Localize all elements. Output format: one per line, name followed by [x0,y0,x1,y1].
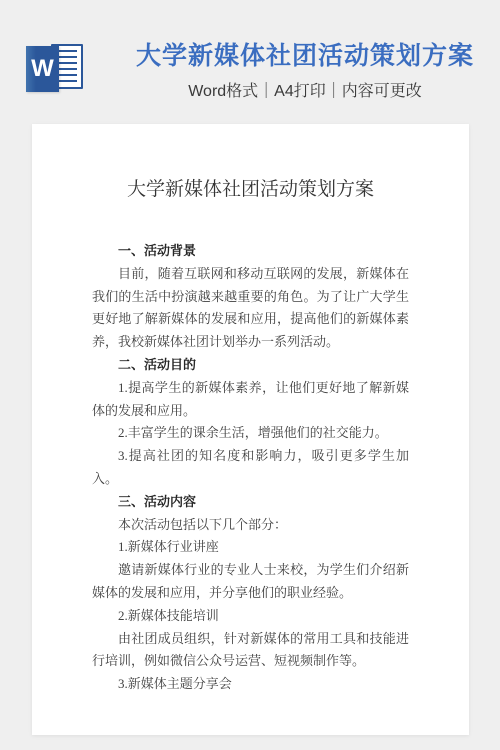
doc-paragraph: 1.提高学生的新媒体素养，让他们更好地了解新媒体的发展和应用。 [92,377,409,423]
doc-heading-2: 二、活动目的 [92,354,409,377]
doc-paragraph: 3.新媒体主题分享会 [92,673,409,696]
doc-paragraph: 邀请新媒体行业的专业人士来校，为学生们介绍新媒体的发展和应用，并分享他们的职业经… [92,559,409,605]
doc-heading-1: 一、活动背景 [92,240,409,263]
word-logo-icon: W [26,44,84,93]
document-page-preview: 大学新媒体社团活动策划方案 一、活动背景 目前，随着互联网和移动互联网的发展，新… [32,124,469,735]
word-icon-w-panel: W [26,46,59,92]
word-icon-text-lines [59,50,77,83]
doc-paragraph: 由社团成员组织，针对新媒体的常用工具和技能进行培训，例如微信公众号运营、短视频制… [92,628,409,674]
template-subtitle: Word格式｜A4打印｜内容可更改 [188,78,422,101]
doc-paragraph: 目前，随着互联网和移动互联网的发展，新媒体在我们的生活中扮演越来越重要的角色。为… [92,263,409,354]
header: W 大学新媒体社团活动策划方案 Word格式｜A4打印｜内容可更改 [0,0,500,124]
doc-paragraph: 1.新媒体行业讲座 [92,536,409,559]
doc-paragraph: 本次活动包括以下几个部分： [92,514,409,537]
doc-paragraph: 2.新媒体技能培训 [92,605,409,628]
doc-heading-3: 三、活动内容 [92,491,409,514]
template-title: 大学新媒体社团活动策划方案 [136,36,474,72]
doc-paragraph: 3.提高社团的知名度和影响力，吸引更多学生加入。 [92,445,409,491]
word-icon-letter: W [31,57,54,81]
header-text-block: 大学新媒体社团活动策划方案 Word格式｜A4打印｜内容可更改 [136,36,474,101]
doc-paragraph: 2.丰富学生的课余生活，增强他们的社交能力。 [92,422,409,445]
template-preview-canvas: W 大学新媒体社团活动策划方案 Word格式｜A4打印｜内容可更改 大学新媒体社… [0,0,500,750]
document-title: 大学新媒体社团活动策划方案 [92,176,409,204]
